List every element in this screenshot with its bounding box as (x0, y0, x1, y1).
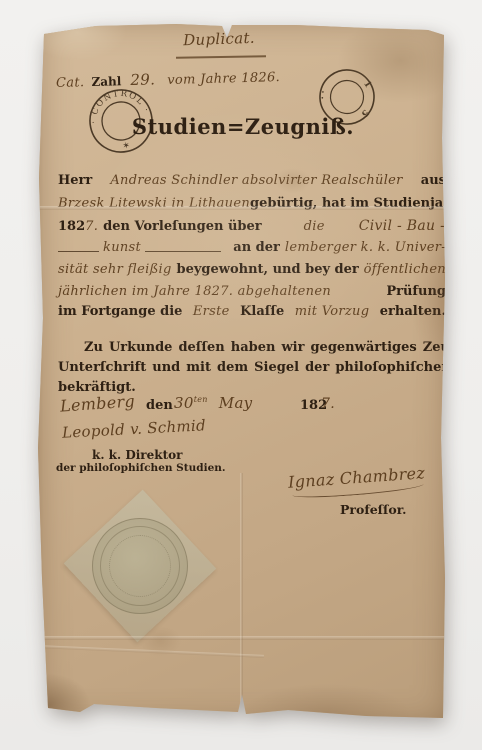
day-suffix: ten (194, 395, 208, 404)
closing-line-2-print: Unterſchrift und mit dem Siegel der phil… (58, 360, 451, 375)
date-year-hand: 7. (321, 396, 335, 412)
duplicate-note: Duplicat. (154, 28, 285, 51)
director-subtitle: der philoſophiſchen Studien. (56, 462, 226, 474)
born-phrase: gebürtig, hat im Studienjahre (250, 196, 468, 211)
attended-phrase: beygewohnt, und bey der (176, 262, 358, 277)
director-title: k. k. Direktor (92, 448, 182, 462)
photo-background: Duplicat. Cat. Zahl 29. vom Jahre 1826. … (0, 0, 482, 750)
den-word: den (146, 398, 173, 413)
blank-rule (145, 251, 221, 252)
body-line-4: kunst an der lemberger k. k. Univer- (58, 240, 446, 255)
duplicate-underline (176, 55, 266, 59)
body-line-3: 182 7. den Vorleſungen über die Civil - … (58, 218, 446, 234)
control-stamp-star-icon: ✶ (122, 141, 131, 152)
day-number: 30 (174, 394, 194, 412)
director-signature: Leopold v. Schmid (62, 416, 207, 442)
document-paper: Duplicat. Cat. Zahl 29. vom Jahre 1826. … (36, 18, 450, 726)
class-word: Klaſſe (240, 304, 284, 319)
paper-shadow-wrap: Duplicat. Cat. Zahl 29. vom Jahre 1826. … (0, 0, 482, 750)
place-name: Lemberg (59, 391, 135, 415)
university-name: lemberger k. k. Univer- (285, 240, 446, 255)
exam-public: öffentlichen (364, 262, 446, 277)
body-line-5: sität sehr fleißig beygewohnt, und bey d… (58, 262, 446, 277)
salutation: Herr (58, 173, 92, 188)
body-line-2: Brzesk Litewski in Lithauen gebürtig, ha… (58, 196, 446, 211)
closing-line-2: Unterſchrift und mit dem Siegel der phil… (58, 360, 446, 375)
received-word: erhalten. (380, 304, 446, 319)
grade: Erste (193, 304, 230, 319)
distinction: mit Vorzug (295, 304, 370, 319)
exam-word: Prüfung (386, 284, 446, 299)
vertical-fold-crease (240, 473, 243, 713)
body-line-6: jährlichen im Jahre 1827. abgehaltenen P… (58, 284, 446, 299)
study-year-print: 182 (58, 219, 85, 234)
closing-line-1: Zu Urkunde deſſen haben wir gegenwärtige… (58, 340, 446, 355)
student-name: Andreas Schindler absolvirter Realschüle… (110, 173, 402, 188)
seal-center-ring (109, 535, 171, 597)
lectures-phrase: den Vorleſungen über (103, 219, 261, 234)
exam-detail: jährlichen im Jahre 1827. abgehaltenen (58, 284, 331, 299)
university-cont: sität sehr fleißig (58, 262, 172, 277)
study-year-hand: 7. (85, 219, 98, 234)
diagonal-crease (38, 645, 264, 658)
embossed-seal (92, 518, 188, 614)
date-line: Lemberg den 30ten May 182 7. (58, 396, 446, 420)
horizontal-fold-crease (36, 636, 450, 640)
progress-phrase: im Fortgange die (58, 304, 182, 319)
registry-suffix: vom Jahre 1826. (167, 70, 280, 88)
body-line-7: im Fortgange die Erste Klaſſe mit Vorzug… (58, 304, 446, 319)
professor-title: Profeſſor. (340, 502, 407, 517)
faculty-hand: Fakultät (451, 360, 482, 375)
birthplace: Brzesk Litewski in Lithauen (58, 196, 250, 211)
day-month: 30ten May (174, 394, 252, 412)
blank-rule (58, 251, 99, 252)
subject-main: Civil - Bau - (359, 218, 445, 234)
at-the: an der (233, 240, 280, 255)
body-line-1: Herr Andreas Schindler absolvirter Reals… (58, 173, 446, 188)
subject-article: die (304, 219, 325, 234)
document-title: Studien=Zeugniß. (36, 114, 450, 139)
from-word: aus (421, 173, 446, 188)
month-name: May (219, 394, 253, 412)
subject-cont: kunst (103, 240, 141, 255)
